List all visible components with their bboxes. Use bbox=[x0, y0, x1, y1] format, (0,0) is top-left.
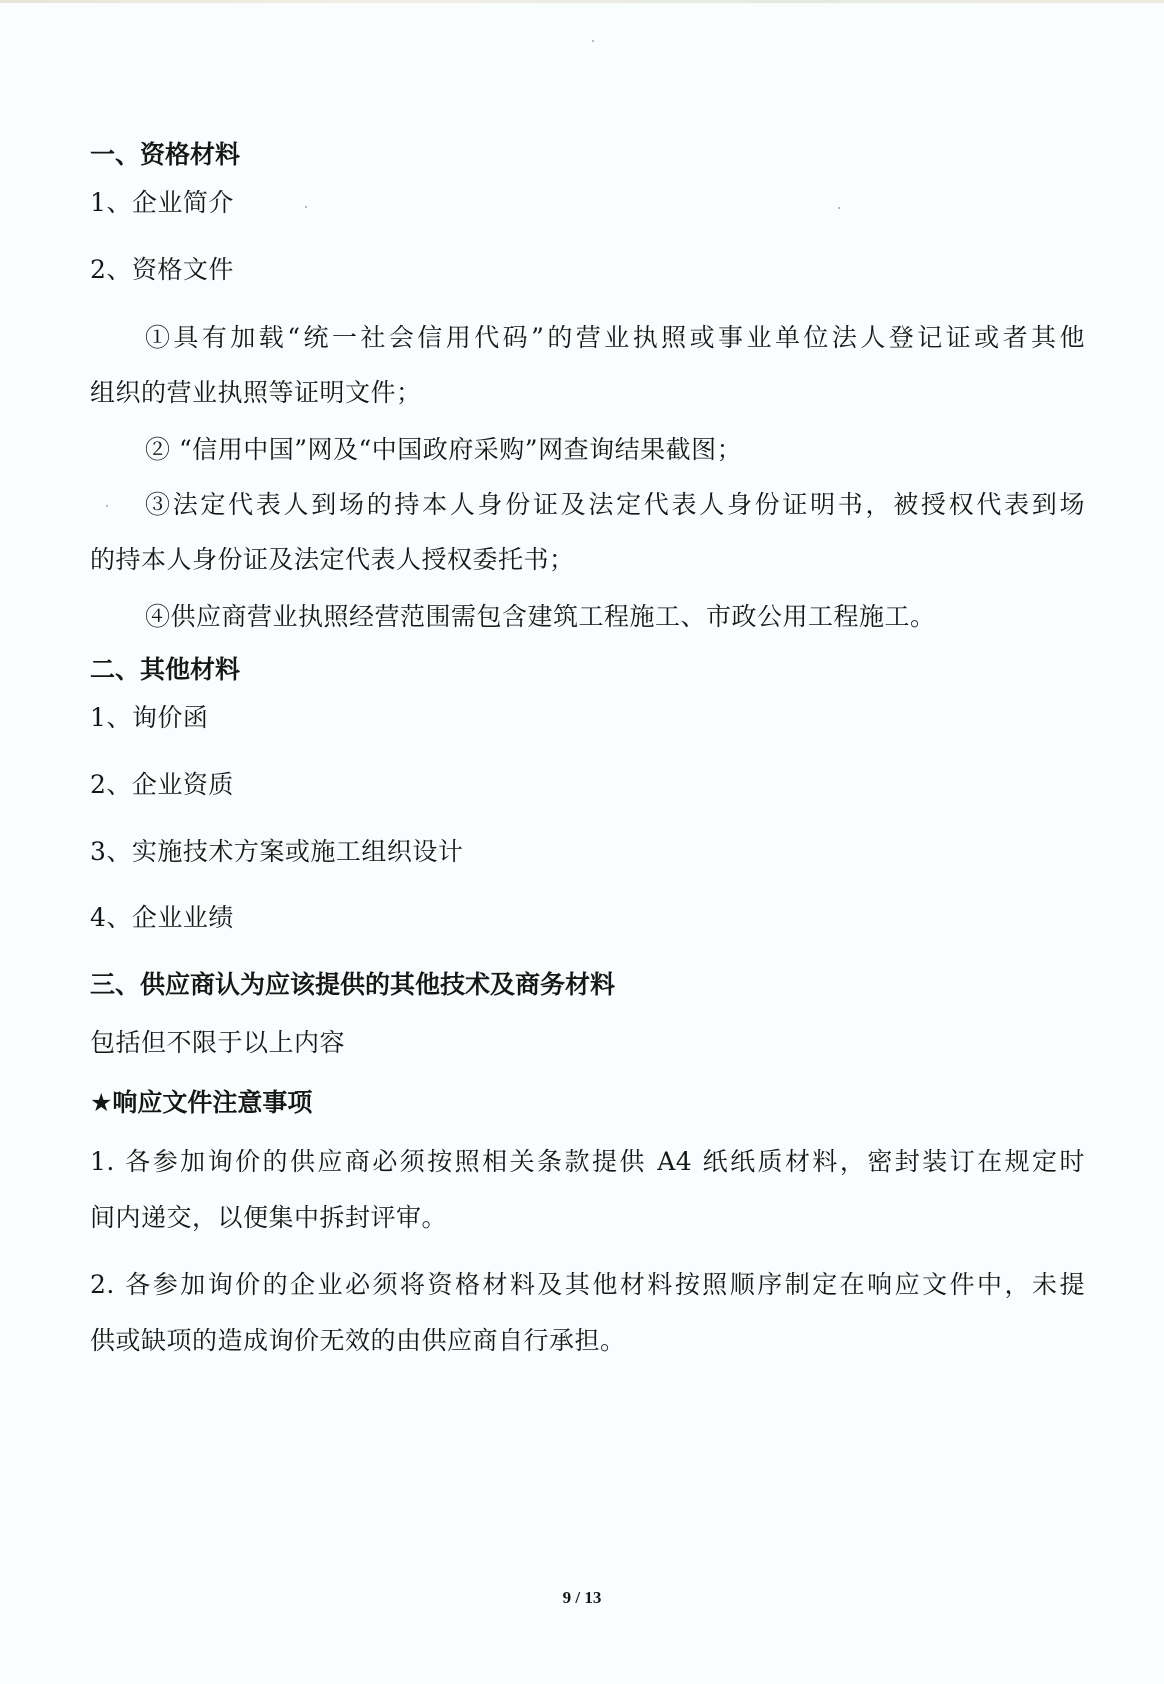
sub-item-business-scope: ④供应商营业执照经营范围需包含建筑工程施工、市政公用工程施工。 bbox=[145, 602, 936, 632]
list-item-enterprise-performance: 4、企业业绩 bbox=[90, 903, 234, 933]
page-number: 9 / 13 bbox=[0, 1588, 1164, 1608]
list-item-enterprise-qualification: 2、企业资质 bbox=[90, 770, 234, 800]
section-heading-qualification: 一、资格材料 bbox=[90, 140, 240, 170]
sub-item-credit-check: ② “信用中国”网及“中国政府采购”网查询结果截图； bbox=[145, 435, 742, 465]
sub-item-legal-rep-line2: 的持本人身份证及法定代表人授权委托书； bbox=[90, 545, 575, 575]
sub-item-business-license-line1: ①具有加载“统一社会信用代码”的营业执照或事业单位法人登记证或者其他 bbox=[145, 323, 1085, 353]
scan-speck bbox=[592, 40, 594, 42]
sub-item-business-license-line2: 组织的营业执照等证明文件； bbox=[90, 378, 422, 408]
section-heading-additional-materials: 三、供应商认为应该提供的其他技术及商务材料 bbox=[90, 970, 615, 1000]
scan-speck bbox=[838, 207, 840, 209]
section-heading-other-materials: 二、其他材料 bbox=[90, 655, 240, 685]
notice-point-1-line1: 1. 各参加询价的供应商必须按照相关条款提供 A4 纸纸质材料，密封装订在规定时 bbox=[90, 1147, 1085, 1177]
sub-item-legal-rep-line1: ③法定代表人到场的持本人身份证及法定代表人身份证明书，被授权代表到场 bbox=[145, 490, 1085, 520]
notice-heading: ★响应文件注意事项 bbox=[90, 1088, 312, 1118]
scan-speck bbox=[305, 206, 307, 208]
list-item-company-profile: 1、企业简介 bbox=[90, 188, 234, 218]
scan-speck bbox=[106, 505, 108, 507]
section-body-additional-materials: 包括但不限于以上内容 bbox=[90, 1028, 345, 1058]
list-item-technical-plan: 3、实施技术方案或施工组织设计 bbox=[90, 837, 463, 867]
list-item-inquiry-letter: 1、询价函 bbox=[90, 703, 208, 733]
notice-point-2-line2: 供或缺项的造成询价无效的由供应商自行承担。 bbox=[90, 1326, 626, 1356]
scan-top-edge bbox=[0, 0, 1164, 3]
notice-point-1-line2: 间内递交，以便集中拆封评审。 bbox=[90, 1203, 447, 1233]
list-item-qualification-documents: 2、资格文件 bbox=[90, 255, 234, 285]
notice-point-2-line1: 2. 各参加询价的企业必须将资格材料及其他材料按照顺序制定在响应文件中，未提 bbox=[90, 1270, 1085, 1300]
